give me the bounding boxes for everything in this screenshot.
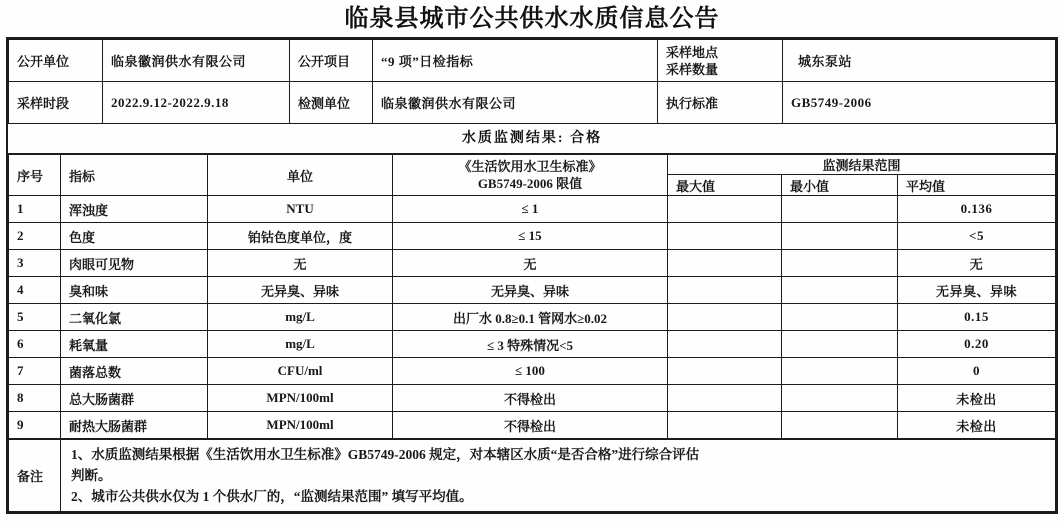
row-limit: ≤ 1: [393, 196, 668, 223]
open-project-label: 公开项目: [290, 40, 373, 82]
col-header-unit: 单位: [208, 155, 393, 196]
row-min: [782, 277, 898, 304]
row-unit: 无: [208, 250, 393, 277]
row-unit: MPN/100ml: [208, 412, 393, 439]
row-indicator: 色度: [61, 223, 208, 250]
col-header-indicator: 指标: [61, 155, 208, 196]
row-limit: ≤ 15: [393, 223, 668, 250]
remark-table: 备注 1、水质监测结果根据《生活饮用水卫生标准》GB5749-2006 规定，对…: [8, 439, 1056, 512]
row-no: 7: [9, 358, 61, 385]
row-min: [782, 196, 898, 223]
row-limit: 出厂水 0.8≥0.1 管网水≥0.02: [393, 304, 668, 331]
row-indicator: 肉眼可见物: [61, 250, 208, 277]
test-unit-value: 临泉徽润供水有限公司: [373, 82, 658, 124]
row-min: [782, 331, 898, 358]
row-indicator: 耗氧量: [61, 331, 208, 358]
remark-label: 备注: [9, 440, 61, 512]
row-indicator: 二氧化氯: [61, 304, 208, 331]
row-max: [668, 358, 782, 385]
table-row-9: 9 耐热大肠菌群 MPN/100ml 不得检出 未检出: [9, 412, 1056, 439]
row-unit: CFU/ml: [208, 358, 393, 385]
row-max: [668, 385, 782, 412]
row-min: [782, 250, 898, 277]
sample-period-label: 采样时段: [9, 82, 103, 124]
col-header-limit: 《生活饮用水卫生标准》 GB5749-2006 限值: [393, 155, 668, 196]
result-banner: 水质监测结果: 合格: [8, 124, 1056, 154]
row-no: 4: [9, 277, 61, 304]
row-min: [782, 304, 898, 331]
remark-line-2: 判断。: [71, 465, 1045, 486]
row-unit: 铂钴色度单位，度: [208, 223, 393, 250]
water-quality-bulletin: 临泉县城市公共供水水质信息公告 公开单位 临泉徽润供水有限公司 公开项目 “9 …: [0, 0, 1064, 525]
row-avg: 未检出: [898, 385, 1056, 412]
row-unit: mg/L: [208, 304, 393, 331]
row-min: [782, 358, 898, 385]
table-row-3: 3 肉眼可见物 无 无 无: [9, 250, 1056, 277]
row-limit: 不得检出: [393, 385, 668, 412]
col-header-avg: 平均值: [898, 175, 1056, 196]
col-header-no: 序号: [9, 155, 61, 196]
bulletin-table-frame: 公开单位 临泉徽润供水有限公司 公开项目 “9 项”日检指标 采样地点 采样数量…: [6, 37, 1058, 514]
results-header-row-1: 序号 指标 单位 《生活饮用水卫生标准》 GB5749-2006 限值 监测结果…: [9, 155, 1056, 175]
row-avg: 0.136: [898, 196, 1056, 223]
row-max: [668, 412, 782, 439]
sample-location-count-label: 采样地点 采样数量: [658, 40, 783, 82]
row-indicator: 菌落总数: [61, 358, 208, 385]
row-max: [668, 250, 782, 277]
row-no: 5: [9, 304, 61, 331]
sample-site-value: 城东泵站: [783, 40, 1056, 82]
standard-value: GB5749-2006: [783, 82, 1056, 124]
table-row-8: 8 总大肠菌群 MPN/100ml 不得检出 未检出: [9, 385, 1056, 412]
row-indicator: 浑浊度: [61, 196, 208, 223]
info-table: 公开单位 临泉徽润供水有限公司 公开项目 “9 项”日检指标 采样地点 采样数量…: [8, 39, 1056, 124]
row-no: 8: [9, 385, 61, 412]
row-indicator: 总大肠菌群: [61, 385, 208, 412]
row-max: [668, 304, 782, 331]
row-avg: 0.15: [898, 304, 1056, 331]
sample-location-label: 采样地点: [666, 44, 774, 61]
remark-content: 1、水质监测结果根据《生活饮用水卫生标准》GB5749-2006 规定，对本辖区…: [61, 440, 1056, 512]
row-avg: 无: [898, 250, 1056, 277]
open-project-value: “9 项”日检指标: [373, 40, 658, 82]
page-title: 临泉县城市公共供水水质信息公告: [0, 0, 1064, 37]
table-row-4: 4 臭和味 无异臭、异味 无异臭、异味 无异臭、异味: [9, 277, 1056, 304]
row-min: [782, 412, 898, 439]
row-avg: 0.20: [898, 331, 1056, 358]
row-unit: MPN/100ml: [208, 385, 393, 412]
limit-header-line1: 《生活饮用水卫生标准》: [401, 158, 659, 175]
sample-count-label: 采样数量: [666, 61, 774, 78]
row-no: 1: [9, 196, 61, 223]
sample-period-value: 2022.9.12-2022.9.18: [103, 82, 290, 124]
results-table: 序号 指标 单位 《生活饮用水卫生标准》 GB5749-2006 限值 监测结果…: [8, 154, 1056, 439]
row-indicator: 臭和味: [61, 277, 208, 304]
col-header-min: 最小值: [782, 175, 898, 196]
col-header-range: 监测结果范围: [668, 155, 1056, 175]
open-unit-value: 临泉徽润供水有限公司: [103, 40, 290, 82]
remark-line-1: 1、水质监测结果根据《生活饮用水卫生标准》GB5749-2006 规定，对本辖区…: [71, 444, 1045, 465]
row-limit: ≤ 3 特殊情况<5: [393, 331, 668, 358]
open-unit-label: 公开单位: [9, 40, 103, 82]
standard-label: 执行标准: [658, 82, 783, 124]
row-max: [668, 331, 782, 358]
row-limit: ≤ 100: [393, 358, 668, 385]
row-no: 6: [9, 331, 61, 358]
row-min: [782, 223, 898, 250]
row-unit: mg/L: [208, 331, 393, 358]
row-max: [668, 277, 782, 304]
table-row-5: 5 二氧化氯 mg/L 出厂水 0.8≥0.1 管网水≥0.02 0.15: [9, 304, 1056, 331]
row-limit: 无异臭、异味: [393, 277, 668, 304]
table-row-6: 6 耗氧量 mg/L ≤ 3 特殊情况<5 0.20: [9, 331, 1056, 358]
row-limit: 无: [393, 250, 668, 277]
remark-row: 备注 1、水质监测结果根据《生活饮用水卫生标准》GB5749-2006 规定，对…: [9, 440, 1056, 512]
row-avg: 未检出: [898, 412, 1056, 439]
table-row-7: 7 菌落总数 CFU/ml ≤ 100 0: [9, 358, 1056, 385]
row-no: 2: [9, 223, 61, 250]
row-no: 9: [9, 412, 61, 439]
row-unit: 无异臭、异味: [208, 277, 393, 304]
limit-header-line2: GB5749-2006 限值: [401, 175, 659, 192]
row-avg: 无异臭、异味: [898, 277, 1056, 304]
table-row-1: 1 浑浊度 NTU ≤ 1 0.136: [9, 196, 1056, 223]
info-row-1: 公开单位 临泉徽润供水有限公司 公开项目 “9 项”日检指标 采样地点 采样数量…: [9, 40, 1056, 82]
info-row-2: 采样时段 2022.9.12-2022.9.18 检测单位 临泉徽润供水有限公司…: [9, 82, 1056, 124]
table-row-2: 2 色度 铂钴色度单位，度 ≤ 15 <5: [9, 223, 1056, 250]
row-unit: NTU: [208, 196, 393, 223]
row-no: 3: [9, 250, 61, 277]
row-avg: 0: [898, 358, 1056, 385]
remark-line-3: 2、城市公共供水仅为 1 个供水厂的，“监测结果范围” 填写平均值。: [71, 486, 1045, 507]
row-indicator: 耐热大肠菌群: [61, 412, 208, 439]
row-min: [782, 385, 898, 412]
row-max: [668, 196, 782, 223]
row-max: [668, 223, 782, 250]
test-unit-label: 检测单位: [290, 82, 373, 124]
row-avg: <5: [898, 223, 1056, 250]
row-limit: 不得检出: [393, 412, 668, 439]
col-header-max: 最大值: [668, 175, 782, 196]
